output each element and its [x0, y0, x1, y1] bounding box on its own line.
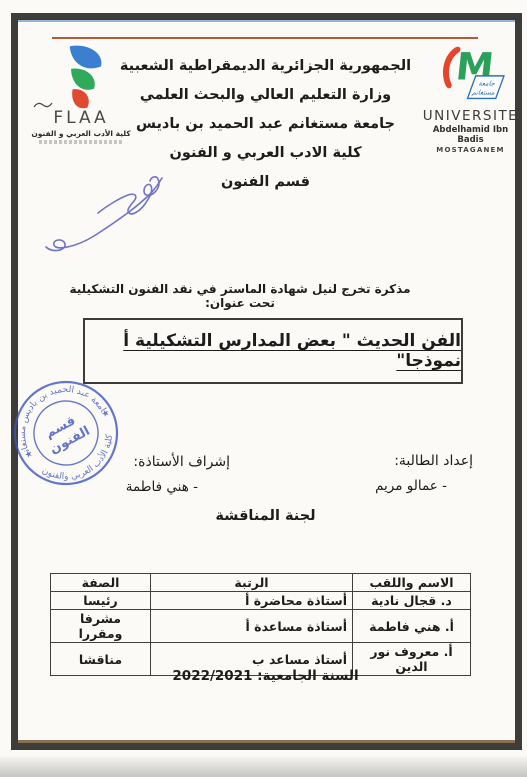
- col-header-rank: الرتبة: [151, 574, 353, 592]
- faculty-acronym-text: FLAA: [53, 108, 108, 128]
- university-city: MOSTAGANEM: [421, 146, 520, 154]
- student-name: - عمالو مريم: [375, 478, 473, 494]
- faculty-caption-small-illegible: [39, 140, 123, 144]
- prepared-label: إعداد الطالبة:: [375, 453, 473, 469]
- header-line-university: جامعة مستغانم عبد الحميد بن باديس: [118, 110, 413, 139]
- col-header-role: الصفة: [51, 574, 151, 592]
- member-role: مشرفا ومقررا: [51, 610, 151, 643]
- badge-line1: جامعة: [477, 79, 496, 87]
- table-header-row: الاسم واللقب الرتبة الصفة: [51, 574, 471, 592]
- university-name: UNIVERSITE: [421, 108, 520, 124]
- table-row: أ. هني فاطمة أستاذة مساعدة أ مشرفا ومقرر…: [51, 610, 471, 643]
- header-line-ministry: وزارة التعليم العالي والبحث العلمي: [118, 81, 413, 110]
- committee-title: لجنة المناقشة: [178, 508, 353, 524]
- member-rank: أستاذة محاضرة أ: [151, 592, 353, 610]
- table-row: د. قجال نادية أستاذة محاضرة أ رئيسا: [51, 592, 471, 610]
- badge-line2: مستغانم: [470, 89, 496, 97]
- department-stamp: جامعة عبد الحميد بن باديس مستغانم كلية ا…: [0, 347, 152, 519]
- university-monogram-icon: M جامعة مستغانم: [432, 42, 510, 106]
- prepared-block: إعداد الطالبة: - عمالو مريم: [375, 453, 473, 494]
- member-rank: أستاذة مساعدة أ: [151, 610, 353, 643]
- member-role: رئيسا: [51, 592, 151, 610]
- university-logo: M جامعة مستغانم UNIVERSITE Abdelhamid Ib…: [421, 42, 520, 154]
- stamp-center-text: قسم الفنون: [40, 410, 93, 458]
- university-person: Abdelhamid Ibn Badis: [421, 125, 520, 145]
- committee-table: الاسم واللقب الرتبة الصفة د. قجال نادية …: [50, 573, 471, 676]
- faculty-leaf-icon: [53, 44, 109, 116]
- academic-year: السنة الجامعية: 2022/2021: [158, 668, 373, 684]
- member-role: مناقشا: [51, 643, 151, 676]
- memo-line: مذكرة تخرج لنيل شهادة الماستر في نقد الف…: [62, 282, 418, 310]
- scan-edge: [0, 755, 527, 777]
- signature-ink: [38, 150, 173, 255]
- stamp-star-right-icon: ★: [100, 408, 112, 421]
- member-name: أ. هني فاطمة: [353, 610, 471, 643]
- stamp-star-left-icon: ★: [23, 449, 35, 462]
- col-header-name: الاسم واللقب: [353, 574, 471, 592]
- header-divider-line: [52, 37, 478, 39]
- tilde-icon: [33, 100, 53, 109]
- header-line-republic: الجمهورية الجزائرية الديمقراطية الشعبية: [118, 52, 413, 81]
- member-name: د. قجال نادية: [353, 592, 471, 610]
- thesis-cover-page: FLAA كلية الأدب العربي و الفنون M جامعة …: [0, 0, 527, 777]
